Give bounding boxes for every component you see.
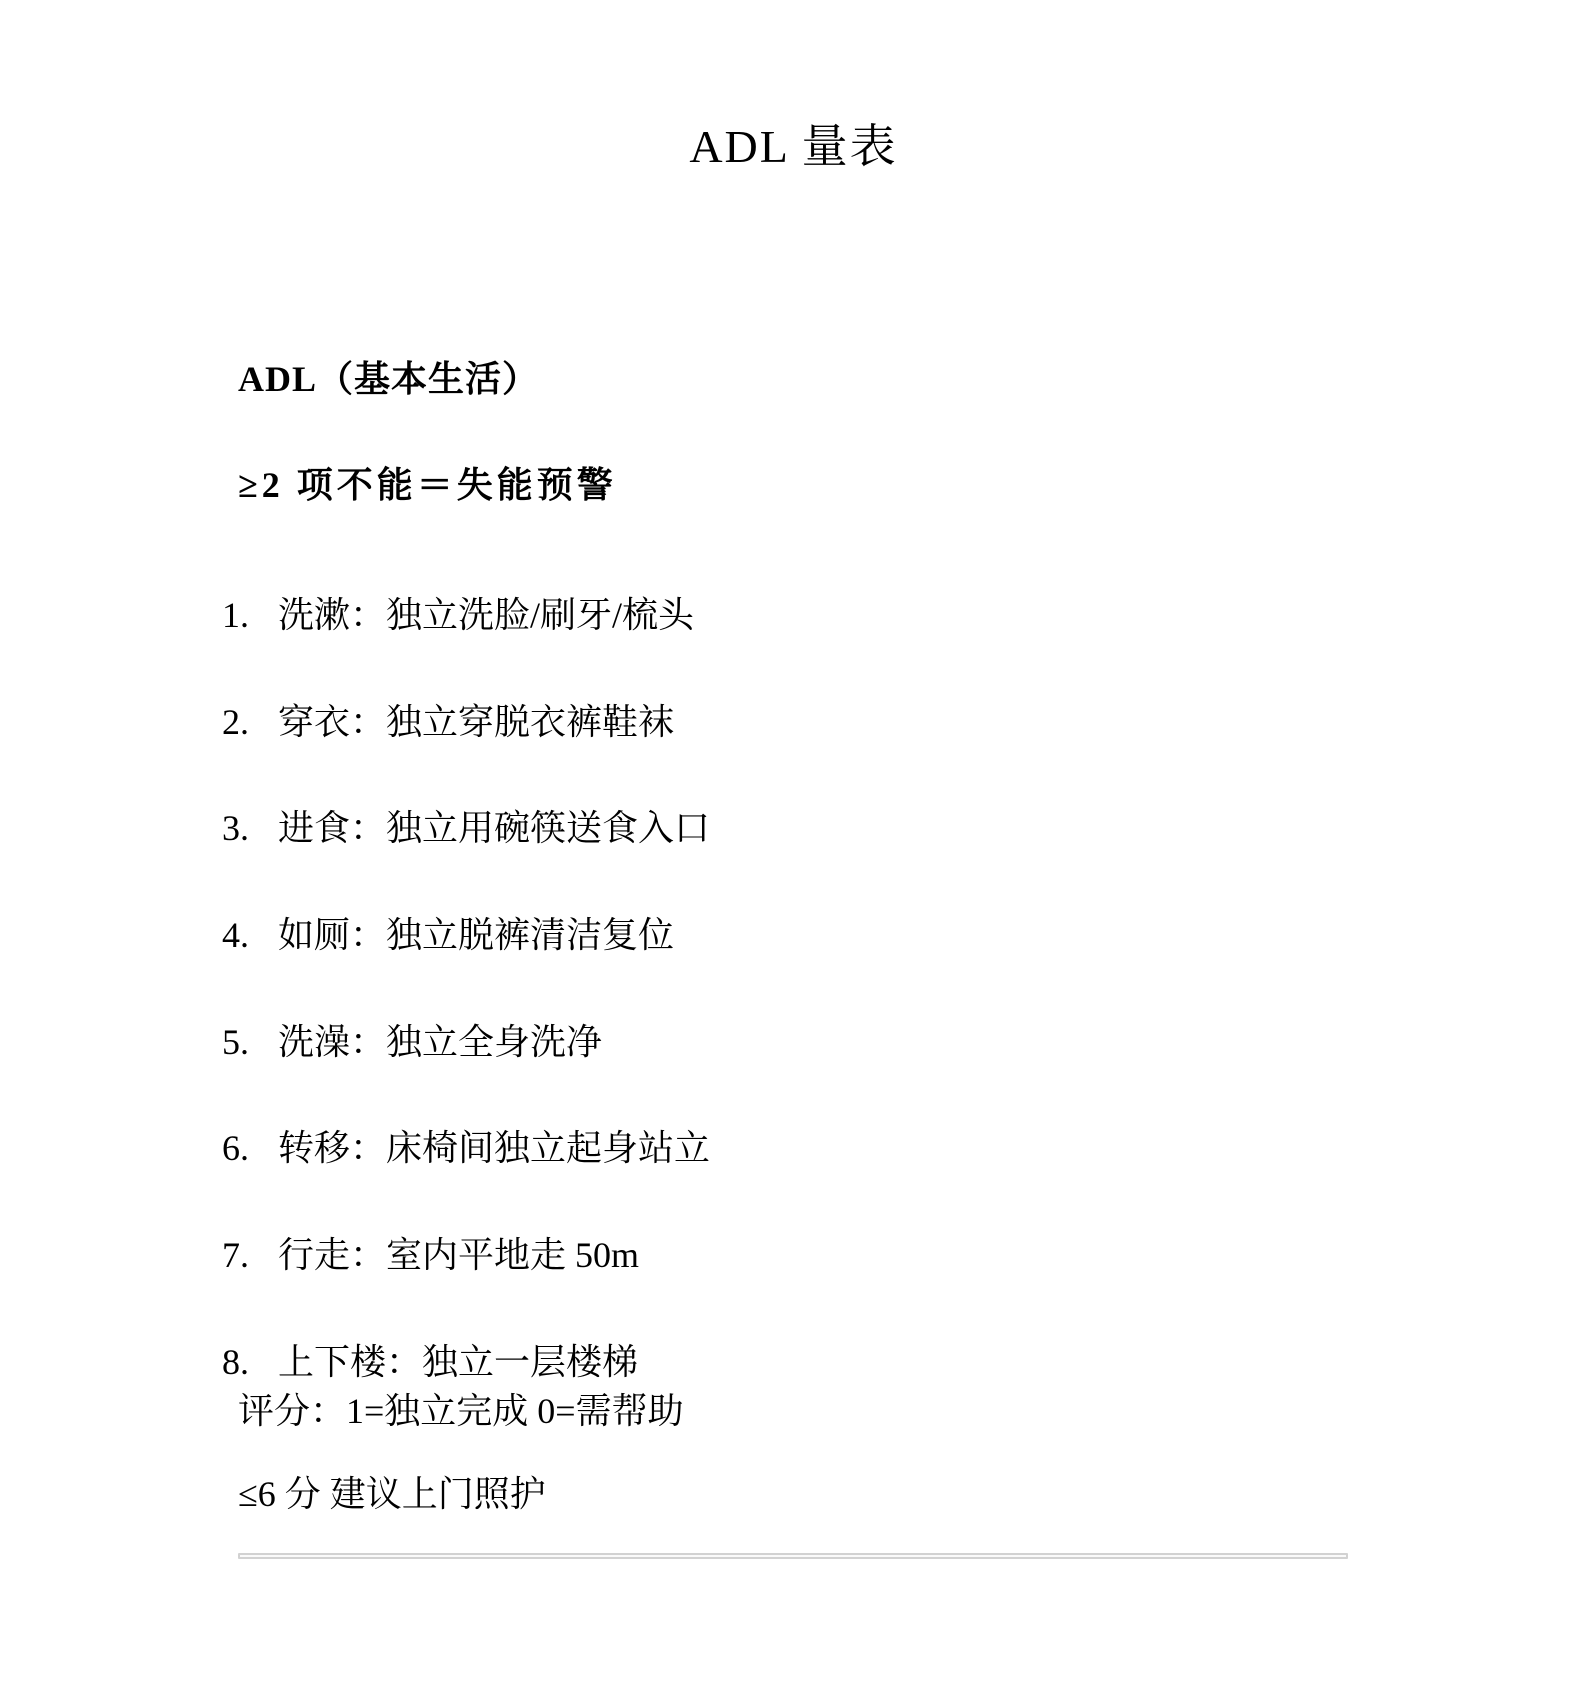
document-title: ADL 量表 xyxy=(0,122,1587,173)
item-number: 4. xyxy=(222,916,278,956)
recommendation-line: ≤6 分 建议上门照护 xyxy=(238,1475,546,1515)
item-number: 6. xyxy=(222,1129,278,1169)
document-page: ADL 量表 ADL（基本生活） ≥2 项不能＝失能预警 1.洗漱：独立洗脸/刷… xyxy=(0,0,1587,1689)
item-text: 穿衣：独立穿脱衣裤鞋袜 xyxy=(278,702,674,742)
scoring-line: 评分：1=独立完成 0=需帮助 xyxy=(238,1392,684,1432)
adl-item-toileting: 4.如厕：独立脱裤清洁复位 xyxy=(186,876,674,995)
item-number: 1. xyxy=(222,596,278,636)
item-text: 如厕：独立脱裤清洁复位 xyxy=(278,915,674,955)
item-text: 进食：独立用碗筷送食入口 xyxy=(278,808,710,848)
item-number: 5. xyxy=(222,1023,278,1063)
item-text: 洗澡：独立全身洗净 xyxy=(278,1022,602,1062)
item-text: 上下楼：独立一层楼梯 xyxy=(278,1342,638,1382)
item-text: 行走：室内平地走 50m xyxy=(278,1235,639,1275)
item-number: 8. xyxy=(222,1343,278,1383)
item-number: 7. xyxy=(222,1236,278,1276)
section-heading: ADL（基本生活） xyxy=(238,360,539,400)
adl-item-bathing: 5.洗澡：独立全身洗净 xyxy=(186,983,602,1102)
item-text: 转移：床椅间独立起身站立 xyxy=(278,1128,710,1168)
adl-item-transfer: 6.转移：床椅间独立起身站立 xyxy=(186,1089,710,1208)
warning-heading: ≥2 项不能＝失能预警 xyxy=(238,466,617,506)
item-number: 3. xyxy=(222,809,278,849)
adl-item-washing: 1.洗漱：独立洗脸/刷牙/梳头 xyxy=(186,556,694,675)
adl-item-dressing: 2.穿衣：独立穿脱衣裤鞋袜 xyxy=(186,663,674,782)
adl-item-walking: 7.行走：室内平地走 50m xyxy=(186,1196,639,1315)
item-text: 洗漱：独立洗脸/刷牙/梳头 xyxy=(278,595,694,635)
adl-item-eating: 3.进食：独立用碗筷送食入口 xyxy=(186,769,710,888)
item-number: 2. xyxy=(222,703,278,743)
horizontal-divider xyxy=(238,1553,1348,1559)
